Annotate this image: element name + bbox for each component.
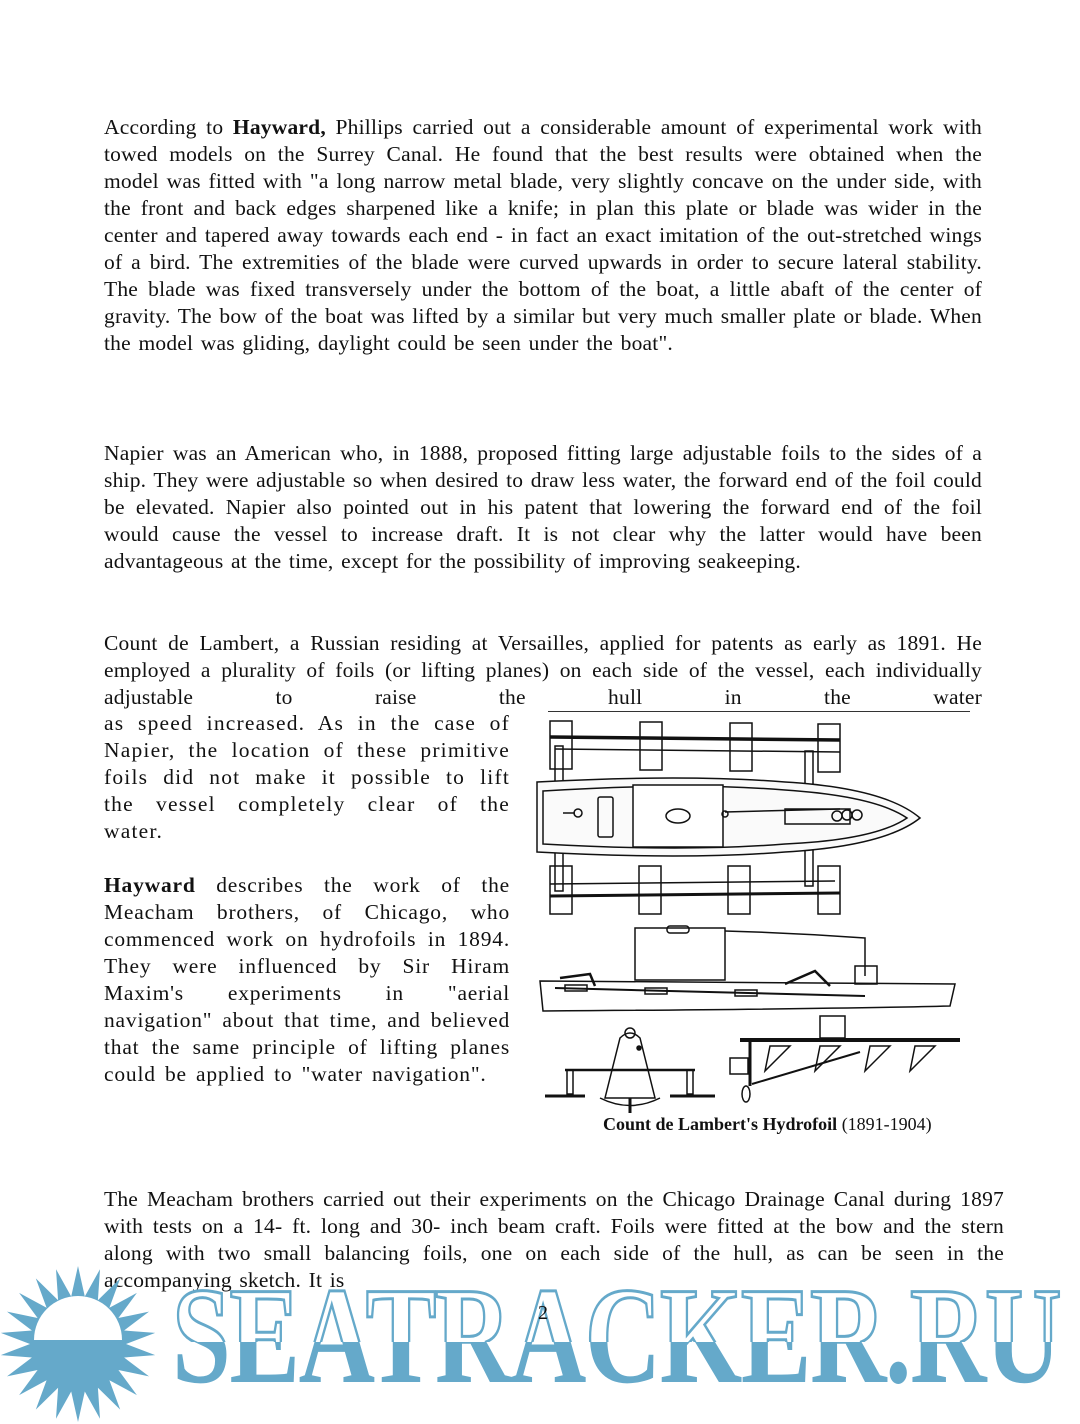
paragraph-text: Phillips carried out a considerable amou… bbox=[104, 115, 982, 355]
paragraph-text: describes the work of the Meacham brothe… bbox=[104, 873, 510, 1086]
side-view bbox=[540, 926, 955, 1011]
figure-caption: Count de Lambert's Hydrofoil (1891-1904) bbox=[603, 1114, 932, 1135]
sun-icon bbox=[1, 1266, 155, 1422]
paragraph-lead: According to bbox=[104, 115, 233, 139]
paragraph-de-lambert: Count de Lambert, a Russian residing at … bbox=[104, 630, 982, 711]
paragraph-meacham: Hayward describes the work of the Meacha… bbox=[104, 872, 510, 1088]
paragraph-phillips: According to Hayward, Phillips carried o… bbox=[104, 114, 982, 357]
paragraph-napier: Napier was an American who, in 1888, pro… bbox=[104, 440, 982, 575]
front-view bbox=[545, 1028, 715, 1113]
hydrofoil-drawing-icon bbox=[535, 716, 975, 1116]
watermark-text: SEATRACKER.RU SEATRACKER.RU bbox=[172, 1262, 1060, 1412]
watermark-logo: SEATRACKER.RU SEATRACKER.RU bbox=[0, 1262, 1080, 1424]
caption-years: (1891-1904) bbox=[837, 1114, 931, 1134]
plan-view bbox=[537, 721, 920, 914]
caption-title: Count de Lambert's Hydrofoil bbox=[603, 1114, 837, 1134]
figure-top-rule bbox=[548, 711, 970, 712]
author-name-hayward: Hayward bbox=[104, 873, 196, 897]
page-number: 2 bbox=[538, 1302, 548, 1325]
paragraph-de-lambert-continued: as speed increased. As in the case of Na… bbox=[104, 710, 510, 845]
author-name-hayward: Hayward, bbox=[233, 115, 326, 139]
side-foils-view bbox=[730, 1016, 960, 1102]
